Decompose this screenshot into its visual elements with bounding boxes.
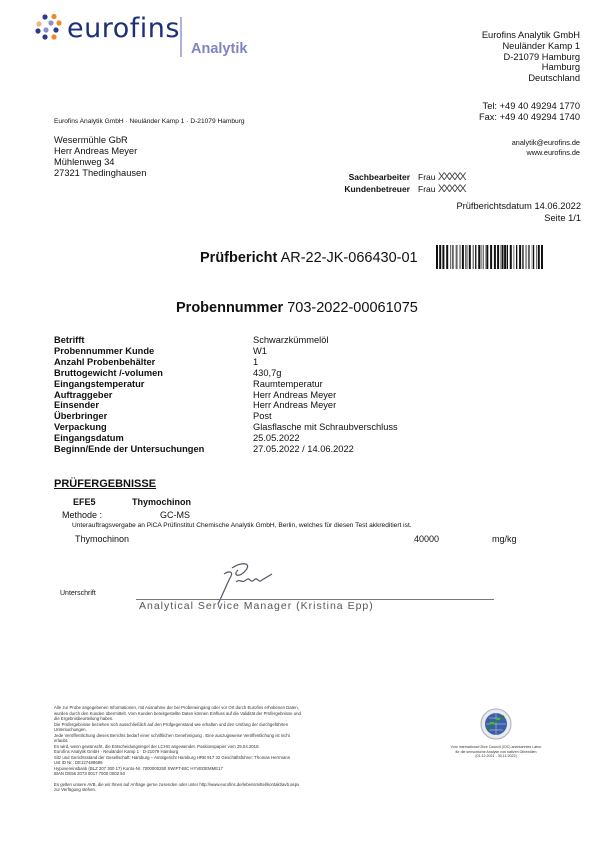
info-label: Eingangsdatum	[54, 433, 253, 444]
recipient-person: Herr Andreas Meyer	[54, 146, 146, 157]
staff-values: Frau XXXXX Frau XXXXX	[418, 172, 465, 195]
lab-address: Eurofins Analytik GmbH Neuländer Kamp 1 …	[482, 30, 580, 84]
redacted-name: XXXXX	[438, 171, 465, 183]
subcontract-note: Unterauftragsvergabe an PiCA Prüfinstitu…	[72, 522, 412, 529]
lab-phone: Tel: +49 40 49294 1770 Fax: +49 40 49294…	[479, 101, 580, 123]
lab-email[interactable]: analytik@eurofins.de	[512, 138, 580, 148]
info-label: Einsender	[54, 400, 253, 411]
info-row: Anzahl Probenbehälter1	[54, 357, 398, 368]
lab-name: Eurofins Analytik GmbH	[482, 30, 580, 41]
footer-paragraph: Alle zur Probe angegebenen Informationen…	[54, 705, 304, 722]
footer-terms: Es gelten unsere AVB, die wir Ihnen auf …	[54, 782, 304, 793]
recipient-company: Wesermühle GbR	[54, 135, 146, 146]
sample-label: Probennummer	[176, 300, 283, 316]
info-value: Post	[253, 411, 272, 422]
lab-contact: analytik@eurofins.de www.eurofins.de	[512, 138, 580, 157]
recipient-address: Wesermühle GbR Herr Andreas Meyer Mühlen…	[54, 135, 146, 179]
lab-tel: Tel: +49 40 49294 1770	[479, 101, 580, 112]
result-value: 40000	[414, 534, 439, 544]
lab-state: Hamburg	[482, 62, 580, 73]
ioc-accreditation-text: Vom International Olive Council (IOC) an…	[450, 745, 542, 759]
lab-street: Neuländer Kamp 1	[482, 41, 580, 52]
info-label: Überbringer	[54, 411, 253, 422]
method-value: GC-MS	[160, 510, 190, 520]
info-row: Bruttogewicht /-volumen430,7g	[54, 368, 398, 379]
brand-name: eurofins	[67, 13, 180, 44]
info-value: 1	[253, 357, 258, 368]
recipient-street: Mühlenweg 34	[54, 157, 146, 168]
info-value: Herr Andreas Meyer	[253, 390, 336, 401]
info-row: Beginn/Ende der Untersuchungen27.05.2022…	[54, 444, 398, 455]
info-label: Verpackung	[54, 422, 253, 433]
logo-divider	[180, 17, 182, 57]
info-label: Probennummer Kunde	[54, 346, 253, 357]
info-label: Betrifft	[54, 335, 253, 346]
clerk-label: Sachbearbeiter	[344, 172, 410, 184]
sample-info-table: BetrifftSchwarzkümmelölProbennummer Kund…	[54, 335, 398, 455]
report-title: Prüfbericht AR-22-JK-066430-01	[200, 250, 418, 266]
sample-number: 703-2022-00061075	[287, 300, 418, 316]
report-number: AR-22-JK-066430-01	[281, 250, 418, 266]
info-row: EinsenderHerr Andreas Meyer	[54, 400, 398, 411]
sample-title: Probennummer 703-2022-00061075	[176, 300, 418, 316]
page-number: Seite 1/1	[456, 213, 581, 225]
sender-line: Eurofins Analytik GmbH · Neuländer Kamp …	[54, 118, 245, 125]
info-row: VerpackungGlasflasche mit Schraubverschl…	[54, 422, 398, 433]
signer-name: Analytical Service Manager (Kristina Epp…	[139, 600, 374, 611]
method-label: Methode :	[62, 510, 102, 520]
result-name: Thymochinon	[75, 534, 129, 544]
staff-labels: Sachbearbeiter Kundenbetreuer	[344, 172, 410, 195]
info-value: Herr Andreas Meyer	[253, 400, 336, 411]
footer-paragraph: Die Prüfergebnisse beziehen sich ausschl…	[54, 722, 304, 733]
info-value: Schwarzkümmelöl	[253, 335, 328, 346]
info-value: 25.05.2022	[253, 433, 300, 444]
info-label: Anzahl Probenbehälter	[54, 357, 253, 368]
info-label: Beginn/Ende der Untersuchungen	[54, 444, 253, 455]
info-row: Probennummer KundeW1	[54, 346, 398, 357]
parameter-name: Thymochinon	[132, 497, 191, 507]
info-value: Raumtemperatur	[253, 379, 323, 390]
lab-city: D-21079 Hamburg	[482, 52, 580, 63]
info-label: Eingangstemperatur	[54, 379, 253, 390]
info-value: 27.05.2022 / 14.06.2022	[253, 444, 354, 455]
info-row: Eingangsdatum25.05.2022	[54, 433, 398, 444]
info-label: Bruttogewicht /-volumen	[54, 368, 253, 379]
eurofins-dots-icon	[35, 13, 65, 41]
signature-label: Unterschrift	[60, 590, 96, 597]
parameter-code: EFE5	[73, 497, 96, 507]
report-meta: Prüfberichtsdatum 14.06.2022 Seite 1/1	[456, 201, 581, 224]
info-value: 430,7g	[253, 368, 281, 379]
redacted-name: XXXXX	[438, 183, 465, 195]
info-row: BetrifftSchwarzkümmelöl	[54, 335, 398, 346]
info-row: EingangstemperaturRaumtemperatur	[54, 379, 398, 390]
division-name: Analytik	[191, 41, 247, 57]
lab-fax: Fax: +49 40 49294 1740	[479, 112, 580, 123]
report-label: Prüfbericht	[200, 250, 277, 266]
recipient-city: 27321 Thedinghausen	[54, 168, 146, 179]
result-unit: mg/kg	[492, 534, 517, 544]
info-row: ÜberbringerPost	[54, 411, 398, 422]
report-date: Prüfberichtsdatum 14.06.2022	[456, 201, 581, 213]
footer-paragraph: Jede Veröffentlichung dieses Berichts be…	[54, 733, 304, 744]
info-label: Auftraggeber	[54, 390, 253, 401]
info-value: W1	[253, 346, 267, 357]
lab-country: Deutschland	[482, 73, 580, 84]
barcode	[436, 245, 544, 269]
account-manager-label: Kundenbetreuer	[344, 184, 410, 196]
lab-website[interactable]: www.eurofins.de	[512, 148, 580, 158]
info-value: Glasflasche mit Schraubverschluss	[253, 422, 398, 433]
results-heading: PRÜFERGEBNISSE	[54, 478, 156, 490]
info-row: AuftraggeberHerr Andreas Meyer	[54, 390, 398, 401]
account-manager-name: Frau XXXXX	[418, 184, 465, 196]
ioc-globe-icon	[480, 708, 512, 740]
legal-footer: Alle zur Probe angegebenen Informationen…	[54, 705, 304, 793]
